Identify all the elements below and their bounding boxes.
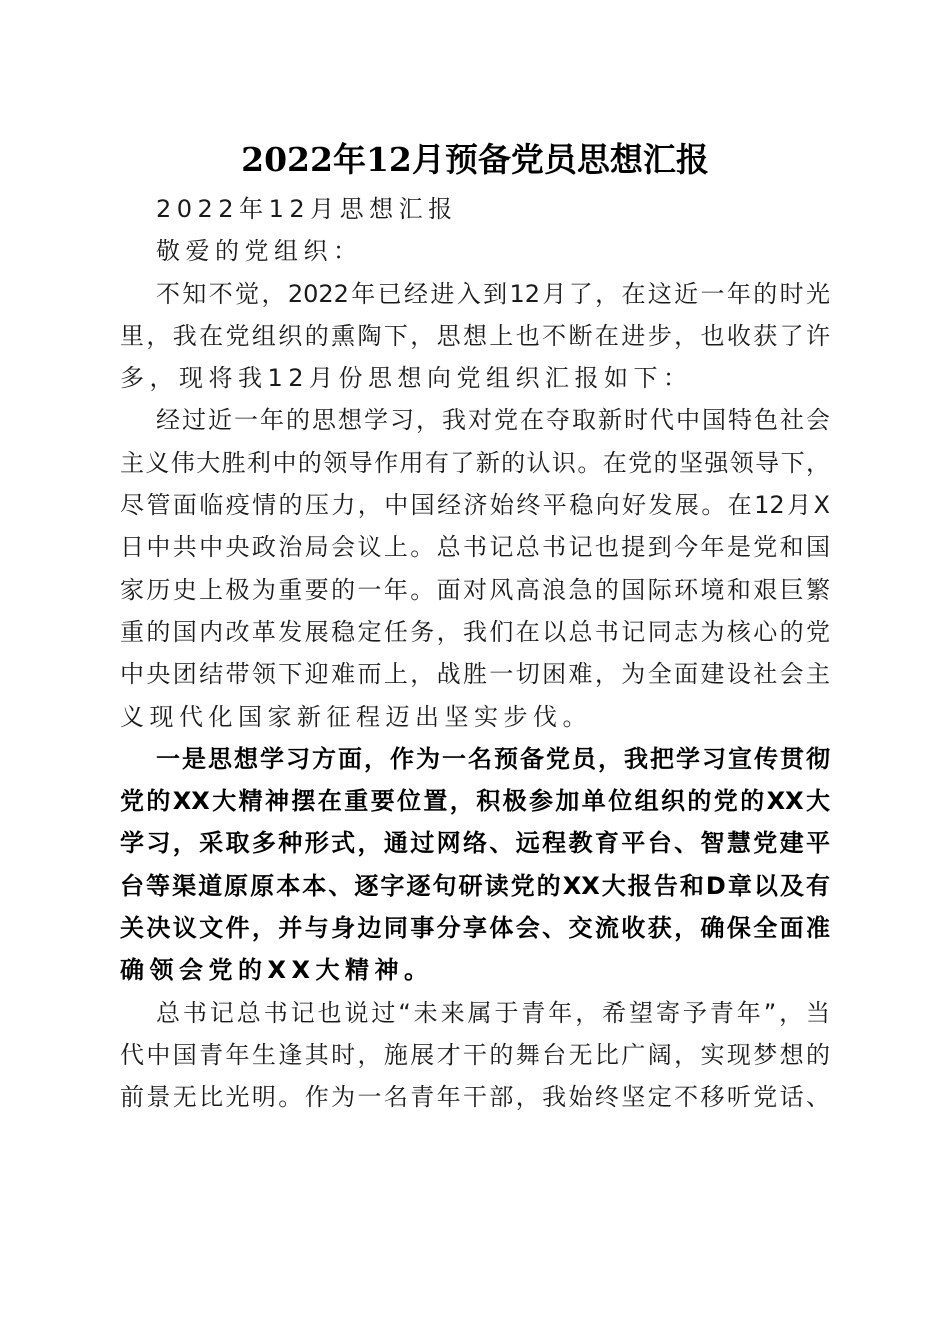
- document-title: 2022年12月预备党员思想汇报: [0, 136, 950, 184]
- paragraph-line: 党的XX大精神摆在重要位置，积极参加单位组织的党的XX大: [120, 780, 830, 822]
- paragraph-line: 义现代化国家新征程迈出坚实步伐。: [120, 696, 830, 738]
- paragraph-line: 关决议文件，并与身边同事分享体会、交流收获，确保全面准: [120, 907, 830, 949]
- paragraph-line: 一是思想学习方面，作为一名预备党员，我把学习宣传贯彻: [120, 738, 830, 780]
- paragraph-ideological-study: 一是思想学习方面，作为一名预备党员，我把学习宣传贯彻 党的XX大精神摆在重要位置…: [120, 738, 830, 992]
- paragraph-line: 重的国内改革发展稳定任务，我们在以总书记同志为核心的党: [120, 611, 830, 653]
- paragraph-line: 不知不觉，2022年已经进入到12月了，在这近一年的时光: [120, 273, 830, 315]
- paragraph-line: 日中共中央政治局会议上。总书记总书记也提到今年是党和国: [120, 526, 830, 568]
- paragraph-line: 台等渠道原原本本、逐字逐句研读党的XX大报告和D章以及有: [120, 865, 830, 907]
- paragraph-line: 总书记总书记也说过“未来属于青年，希望寄予青年”，当: [120, 992, 830, 1034]
- subtitle: 2022年12月思想汇报: [120, 188, 830, 230]
- salutation: 敬爱的党组织：: [120, 230, 830, 272]
- paragraph-study-reflection: 经过近一年的思想学习，我对党在夺取新时代中国特色社会 主义伟大胜利中的领导作用有…: [120, 399, 830, 737]
- paragraph-line: 尽管面临疫情的压力，中国经济始终平稳向好发展。在12月X: [120, 484, 830, 526]
- paragraph-line: 家历史上极为重要的一年。面对风高浪急的国际环境和艰巨繁: [120, 569, 830, 611]
- paragraph-line: 代中国青年生逢其时，施展才干的舞台无比广阔，实现梦想的: [120, 1034, 830, 1076]
- paragraph-line: 确领会党的XX大精神。: [120, 949, 830, 991]
- document-body: 2022年12月思想汇报 敬爱的党组织： 不知不觉，2022年已经进入到12月了…: [120, 188, 830, 1119]
- paragraph-intro: 不知不觉，2022年已经进入到12月了，在这近一年的时光 里，我在党组织的熏陶下…: [120, 273, 830, 400]
- paragraph-line: 经过近一年的思想学习，我对党在夺取新时代中国特色社会: [120, 399, 830, 441]
- paragraph-line: 中央团结带领下迎难而上，战胜一切困难，为全面建设社会主: [120, 653, 830, 695]
- paragraph-line: 前景无比光明。作为一名青年干部，我始终坚定不移听党话、: [120, 1076, 830, 1118]
- paragraph-line: 多，现将我12月份思想向党组织汇报如下：: [120, 357, 830, 399]
- paragraph-line: 里，我在党组织的熏陶下，思想上也不断在进步，也收获了许: [120, 315, 830, 357]
- document-page: 2022年12月预备党员思想汇报 2022年12月思想汇报 敬爱的党组织： 不知…: [0, 0, 950, 1344]
- paragraph-line: 学习，采取多种形式，通过网络、远程教育平台、智慧党建平: [120, 822, 830, 864]
- paragraph-line: 主义伟大胜利中的领导作用有了新的认识。在党的坚强领导下，: [120, 442, 830, 484]
- paragraph-youth: 总书记总书记也说过“未来属于青年，希望寄予青年”，当 代中国青年生逢其时，施展才…: [120, 992, 830, 1119]
